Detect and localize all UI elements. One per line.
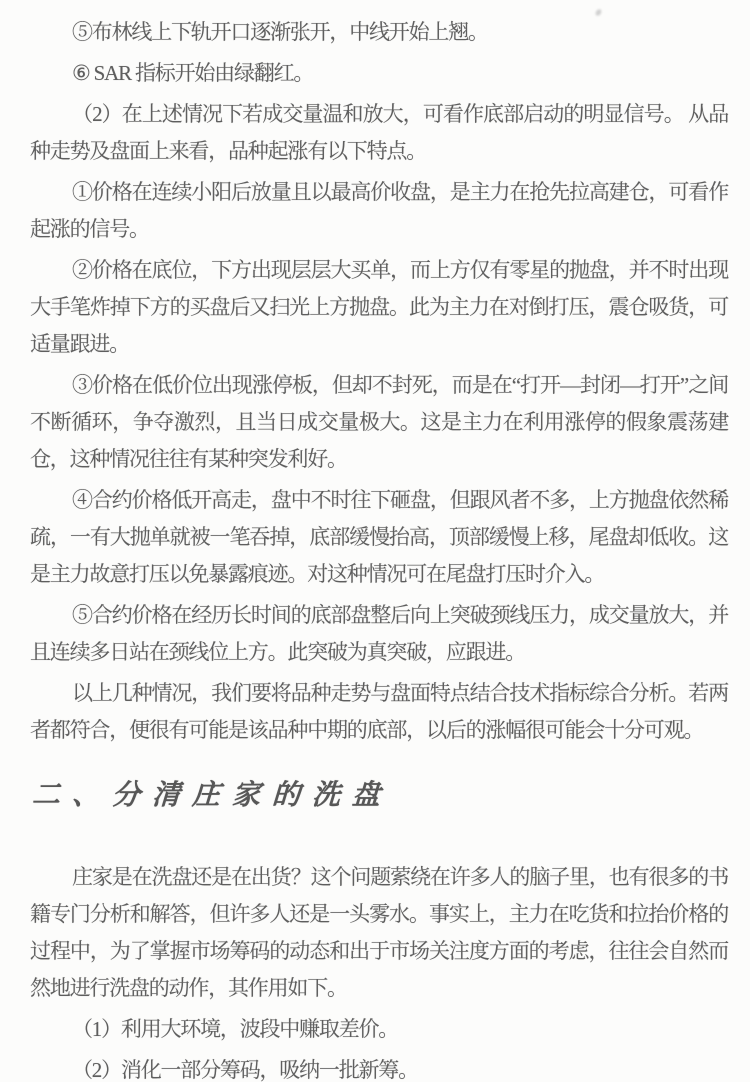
body-paragraph: ⑤布林线上下轨开口逐渐张开，中线开始上翘。 (30, 14, 728, 51)
body-paragraph: 庄家是在洗盘还是在出货？这个问题萦绕在许多人的脑子里，也有很多的书籍专门分析和解… (30, 859, 728, 1007)
body-paragraph: ②价格在底位，下方出现层层大买单，而上方仅有零星的抛盘，并不时出现大手笔炸掉下方… (30, 252, 728, 363)
body-paragraph: ⑥ SAR 指标开始由绿翻红。 (30, 55, 728, 92)
book-page: ⑤布林线上下轨开口逐渐张开，中线开始上翘。 ⑥ SAR 指标开始由绿翻红。 （2… (0, 0, 750, 1082)
section-heading: 二、分清庄家的洗盘 (31, 775, 729, 817)
list-item: （1）利用大环境，波段中赚取差价。 (30, 1011, 728, 1048)
heading-spacer (30, 817, 728, 859)
body-paragraph: ④合约价格低开高走，盘中不时往下砸盘，但跟风者不多，上方抛盘依然稀疏，一有大抛单… (30, 482, 728, 593)
body-paragraph: 以上几种情况，我们要将品种走势与盘面特点结合技术指标综合分析。若两者都符合，便很… (30, 675, 728, 749)
body-paragraph: （2）在上述情况下若成交量温和放大，可看作底部启动的明显信号。 从品种走势及盘面… (30, 96, 728, 170)
body-paragraph: ⑤合约价格在经历长时间的底部盘整后向上突破颈线压力，成交量放大，并且连续多日站在… (30, 597, 728, 671)
list-item: （2）消化一部分筹码，吸纳一批新筹。 (30, 1052, 728, 1082)
body-paragraph: ①价格在连续小阳后放量且以最高价收盘，是主力在抢先拉高建仓，可看作起涨的信号。 (30, 174, 728, 248)
body-paragraph: ③价格在低价位出现涨停板，但却不封死，而是在“打开—封闭—打开”之间不断循环，争… (30, 367, 728, 478)
